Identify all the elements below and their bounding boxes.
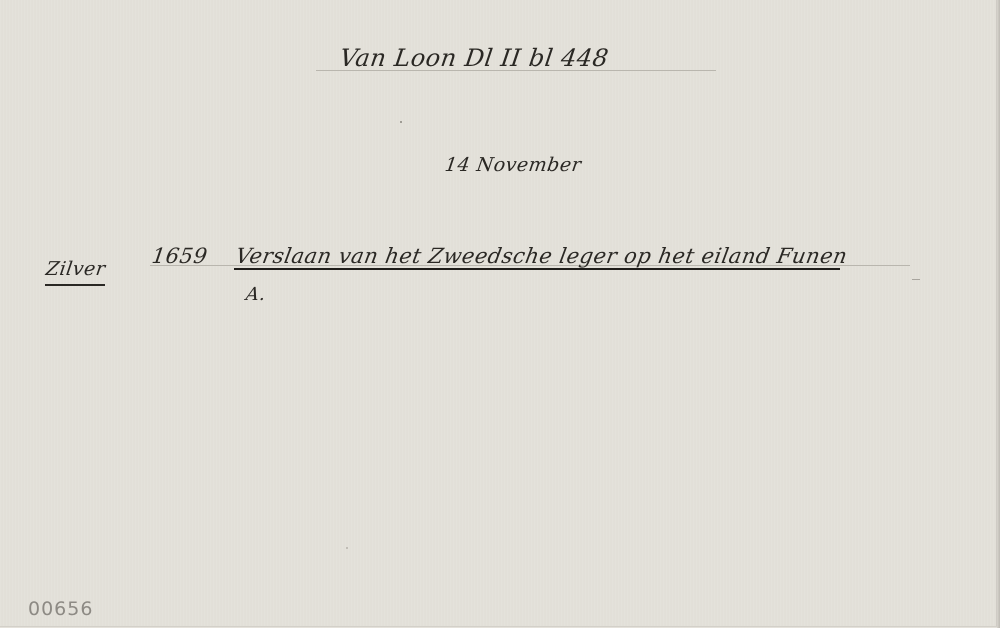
source-reference: Van Loon Dl II bl 448 bbox=[338, 44, 610, 72]
date-label: 14 November bbox=[443, 154, 582, 176]
category-underline bbox=[45, 284, 105, 286]
margin-mark bbox=[912, 279, 920, 280]
ink-speck bbox=[346, 547, 348, 549]
entry-title: Verslaan van het Zweedsche leger op het … bbox=[234, 244, 850, 268]
entry-title-underline bbox=[234, 268, 840, 270]
index-card: Van Loon Dl II bl 448 14 November Zilver… bbox=[0, 0, 998, 627]
archive-number: 00656 bbox=[28, 598, 93, 620]
ink-speck bbox=[400, 121, 402, 123]
entry-subletter: A. bbox=[245, 284, 268, 305]
category-label: Zilver bbox=[44, 258, 107, 280]
entry-year: 1659 bbox=[150, 244, 209, 268]
